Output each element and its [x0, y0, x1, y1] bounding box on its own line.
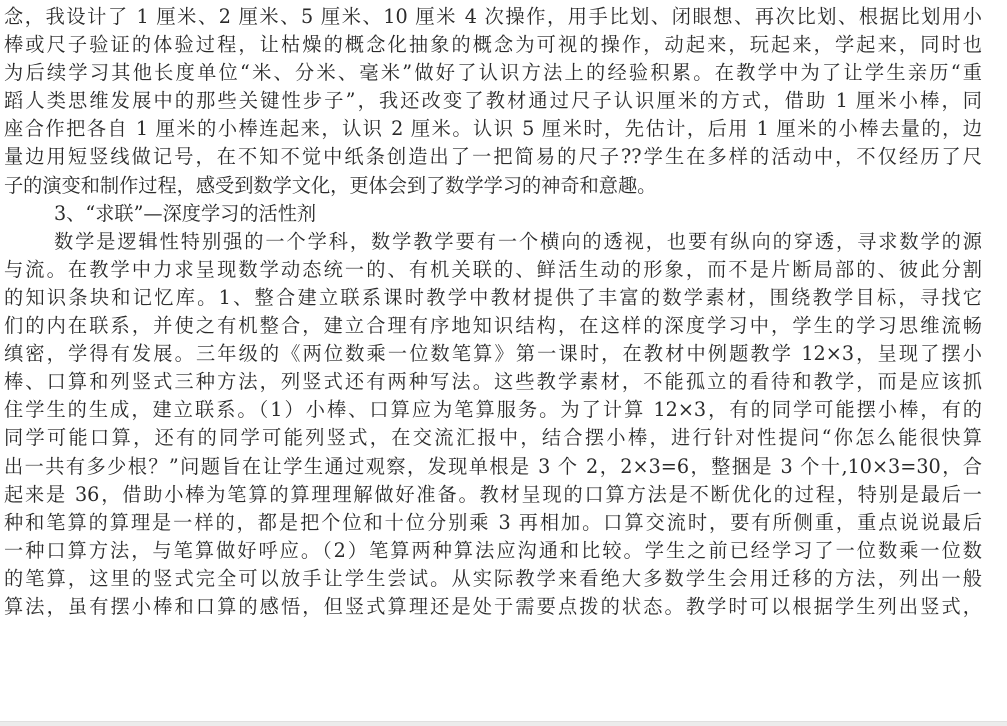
- text-line: 出一共有多少根？”问题旨在让学生通过观察，发现单根是 3 个 2，2×3=6，整…: [4, 453, 982, 481]
- text-line: 座合作把各自 1 厘米的小棒连起来，认识 2 厘米。认识 5 厘米时，先估计，后…: [4, 115, 982, 143]
- paragraph-first-line: 数学是逻辑性特别强的一个学科，数学教学要有一个横向的透视，也要有纵向的穿透，寻求…: [4, 228, 982, 256]
- text-line: 蹈人类思维发展中的那些关键性步子”，我还改变了教材通过尺子认识厘米的方式，借助 …: [4, 87, 982, 115]
- text-line: 一种口算方法，与笔算做好呼应。（2）笔算两种算法应沟通和比较。学生之前已经学习了…: [4, 537, 982, 565]
- text-line: 起来是 36，借助小棒为笔算的算理理解做好准备。教材呈现的口算方法是不断优化的过…: [4, 481, 982, 509]
- document-body: 念，我设计了 1 厘米、2 厘米、5 厘米、10 厘米 4 次操作，用手比划、闭…: [4, 3, 1004, 621]
- text-line: 子的演变和制作过程，感受到数学文化，更体会到了数学学习的神奇和意趣。: [4, 172, 982, 200]
- text-line: 量边用短竖线做记号，在不知不觉中纸条创造出了一把简易的尺子??学生在多样的活动中…: [4, 143, 982, 171]
- text-line: 同学可能口算，还有的同学可能列竖式，在交流汇报中，结合摆小棒，进行针对性提问“你…: [4, 424, 982, 452]
- text-line: 住学生的生成，建立联系。（1）小棒、口算应为笔算服务。为了计算 12×3，有的同…: [4, 396, 982, 424]
- text-line: 们的内在联系，并使之有机整合，建立合理有序地知识结构，在这样的深度学习中，学生的…: [4, 312, 982, 340]
- text-line: 的知识条块和记忆库。1、整合建立联系课时教学中教材提供了丰富的数学素材，围绕教学…: [4, 284, 982, 312]
- section-heading: 3、“求联”—深度学习的活性剂: [4, 200, 1004, 228]
- text-line: 算法，虽有摆小棒和口算的感悟，但竖式算理还是处于需要点拨的状态。教学时可以根据学…: [4, 593, 982, 621]
- text-line: 棒或尺子验证的体验过程，让枯燥的概念化抽象的概念为可视的操作，动起来，玩起来，学…: [4, 31, 982, 59]
- text-line: 的笔算，这里的竖式完全可以放手让学生尝试。从实际教学来看绝大多数学生会用迁移的方…: [4, 565, 982, 593]
- document-page: 念，我设计了 1 厘米、2 厘米、5 厘米、10 厘米 4 次操作，用手比划、闭…: [0, 0, 1007, 722]
- text-line: 缜密，学得有发展。三年级的《两位数乘一位数笔算》第一课时，在教材中例题教学 12…: [4, 340, 982, 368]
- text-line: 念，我设计了 1 厘米、2 厘米、5 厘米、10 厘米 4 次操作，用手比划、闭…: [4, 3, 982, 31]
- page-bottom-edge: [0, 721, 1007, 726]
- text-line: 为后续学习其他长度单位“米、分米、毫米”做好了认识方法上的经验积累。在教学中为了…: [4, 59, 982, 87]
- text-line: 种和笔算的算理是一样的，都是把个位和十位分别乘 3 再相加。口算交流时，要有所侧…: [4, 509, 982, 537]
- text-line: 棒、口算和列竖式三种方法，列竖式还有两种写法。这些教学素材，不能孤立的看待和教学…: [4, 368, 982, 396]
- text-line: 与流。在教学中力求呈现数学动态统一的、有机关联的、鲜活生动的形象，而不是片断局部…: [4, 256, 982, 284]
